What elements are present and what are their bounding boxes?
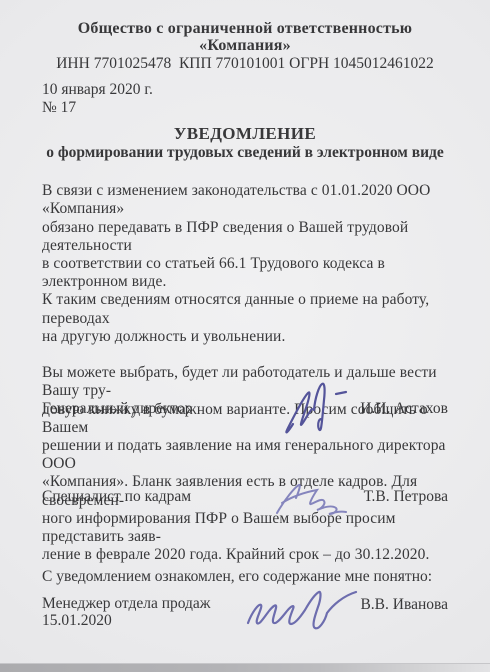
document-meta: 10 января 2020 г. № 17: [42, 81, 153, 116]
document-title-block: УВЕДОМЛЕНИЕ о формировании трудовых свед…: [0, 124, 490, 162]
body-paragraph-1: В связи с изменением законодательства с …: [42, 182, 456, 346]
company-name-line2: «Компания»: [0, 37, 490, 54]
document-title: УВЕДОМЛЕНИЕ: [0, 124, 490, 143]
employee-position-label: Менеджер отдела продаж: [42, 596, 211, 613]
body-paragraph-2: Вы можете выбрать, будет ли работодатель…: [42, 364, 456, 564]
document-page: Общество с ограниченной ответственностью…: [0, 0, 490, 672]
employee-sign-date: 15.01.2020: [42, 613, 211, 630]
director-signature: [281, 378, 351, 438]
hr-name: Т.В. Петрова: [364, 488, 448, 505]
document-date: 10 января 2020 г.: [42, 81, 153, 99]
hr-signature: [271, 481, 353, 525]
director-name: И.И. Астахов: [360, 400, 448, 417]
company-header: Общество с ограниченной ответственностью…: [0, 20, 490, 72]
signature-row-director: Генеральный директор И.И. Астахов: [42, 400, 448, 417]
director-position-label: Генеральный директор: [42, 400, 193, 417]
hr-position-label: Специалист по кадрам: [42, 488, 191, 505]
company-name-line1: Общество с ограниченной ответственностью: [0, 20, 490, 37]
document-body: В связи с изменением законодательства с …: [42, 164, 456, 583]
company-requisites: ИНН 7701025478 КПП 770101001 ОГРН 104501…: [0, 55, 490, 72]
employee-position-block: Менеджер отдела продаж 15.01.2020: [42, 596, 211, 629]
acknowledgment-statement: С уведомлением ознакомлен, его содержани…: [42, 568, 432, 586]
signature-row-hr: Специалист по кадрам Т.В. Петрова: [42, 488, 448, 505]
employee-signature: [242, 583, 360, 635]
employee-name: В.В. Иванова: [360, 596, 448, 629]
document-subtitle: о формировании трудовых сведений в элект…: [0, 143, 490, 162]
page-bottom-edge: [0, 663, 490, 672]
document-number: № 17: [42, 99, 153, 117]
